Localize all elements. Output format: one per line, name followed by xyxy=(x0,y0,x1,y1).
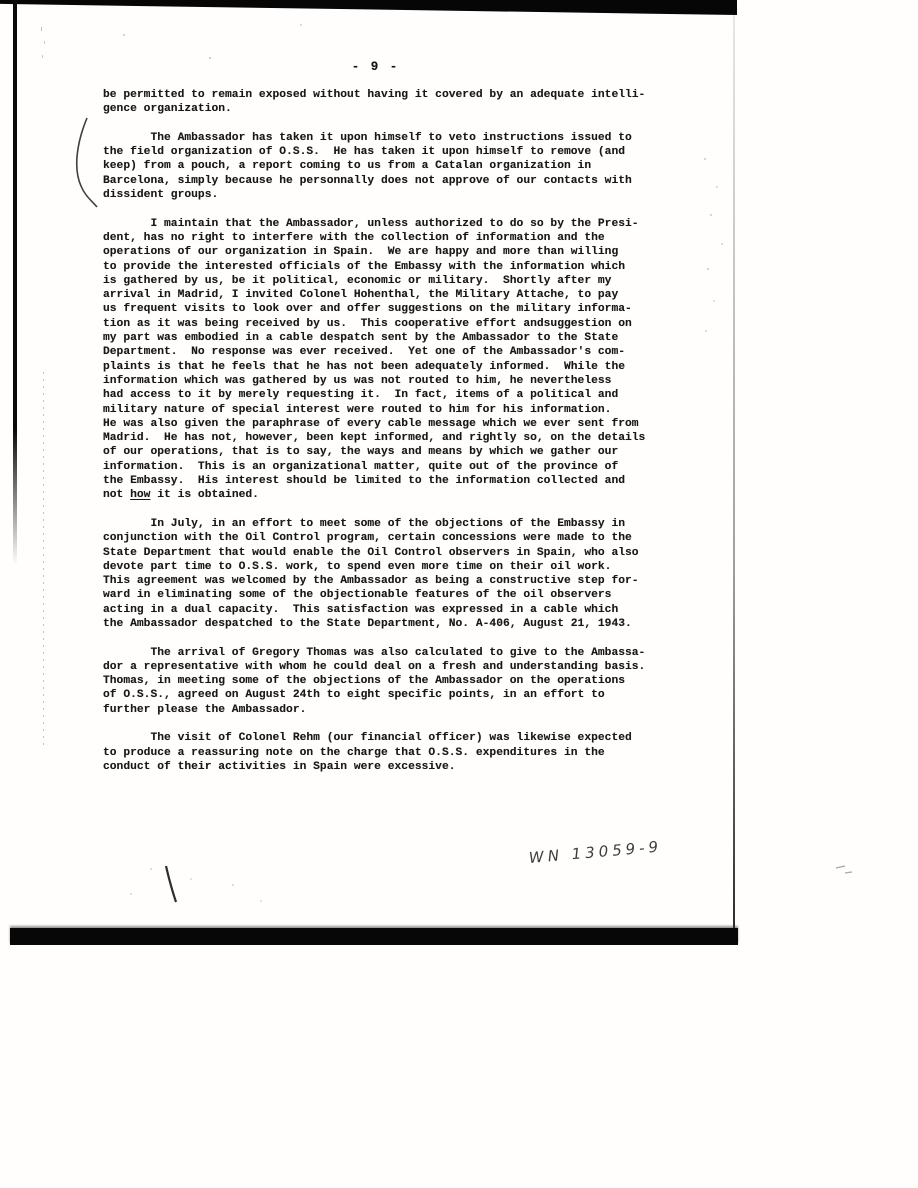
scan-edge-bottom xyxy=(10,928,738,945)
typed-line: the Embassy. His interest should be limi… xyxy=(103,474,675,488)
typed-line: further please the Ambassador. xyxy=(103,703,675,717)
typed-line: had access to it by merely requesting it… xyxy=(103,388,675,402)
typed-line: The visit of Colonel Rehm (our financial… xyxy=(103,731,675,745)
dust-speck xyxy=(713,300,715,302)
margin-tick-marks xyxy=(836,866,852,873)
dust-speck xyxy=(704,158,706,160)
dust-speck xyxy=(209,57,211,59)
typed-line: acting in a dual capacity. This satisfac… xyxy=(103,603,675,617)
typed-line: Madrid. He has not, however, been kept i… xyxy=(103,431,675,445)
dust-speck xyxy=(716,186,718,188)
typed-line: military nature of special interest were… xyxy=(103,403,675,417)
fold-crease-line xyxy=(43,372,44,750)
typed-line: In July, in an effort to meet some of th… xyxy=(103,517,675,531)
paragraph: I maintain that the Ambassador, unless a… xyxy=(103,217,675,503)
dust-speck xyxy=(42,55,43,58)
paragraph: The visit of Colonel Rehm (our financial… xyxy=(103,731,675,774)
scan-edge-left xyxy=(13,0,17,565)
typed-line: to provide the interested officials of t… xyxy=(103,260,675,274)
paragraph: In July, in an effort to meet some of th… xyxy=(103,517,675,631)
dust-speck xyxy=(300,24,302,26)
margin-arc-mark xyxy=(77,118,97,207)
dust-speck xyxy=(705,330,707,332)
typed-line: The Ambassador has taken it upon himself… xyxy=(103,131,675,145)
typed-line: dissident groups. xyxy=(103,188,675,202)
typed-line: plaints is that he feels that he has not… xyxy=(103,360,675,374)
typed-line: the field organization of O.S.S. He has … xyxy=(103,145,675,159)
dust-speck xyxy=(721,243,723,245)
typed-line: conduct of their activities in Spain wer… xyxy=(103,760,675,774)
dust-speck xyxy=(150,868,152,870)
dust-speck xyxy=(190,878,192,880)
underlined-word: how xyxy=(130,489,150,501)
dust-speck xyxy=(707,268,709,270)
typed-line: dent, has no right to interfere with the… xyxy=(103,231,675,245)
typed-line: conjunction with the Oil Control program… xyxy=(103,531,675,545)
typed-line: not how it is obtained. xyxy=(103,488,675,502)
typed-line: ward in eliminating some of the objectio… xyxy=(103,588,675,602)
typed-line: Department. No response was ever receive… xyxy=(103,345,675,359)
typed-line: arrival in Madrid, I invited Colonel Hoh… xyxy=(103,288,675,302)
dust-speck xyxy=(710,214,712,216)
scanned-document-page: - 9 - be permitted to remain exposed wit… xyxy=(0,0,918,1188)
typed-line: my part was embodied in a cable despatch… xyxy=(103,331,675,345)
typed-line: information. This is an organizational m… xyxy=(103,460,675,474)
typed-line: of O.S.S., agreed on August 24th to eigh… xyxy=(103,688,675,702)
dust-speck xyxy=(41,27,42,31)
typed-line: State Department that would enable the O… xyxy=(103,546,675,560)
typed-line: gence organization. xyxy=(103,102,675,116)
paragraph: The Ambassador has taken it upon himself… xyxy=(103,131,675,202)
dust-speck xyxy=(232,884,234,886)
typed-line: to produce a reassuring note on the char… xyxy=(103,746,675,760)
typed-line: This agreement was welcomed by the Ambas… xyxy=(103,574,675,588)
typed-line: The arrival of Gregory Thomas was also c… xyxy=(103,646,675,660)
dust-speck xyxy=(123,34,125,36)
document-body: be permitted to remain exposed without h… xyxy=(103,88,675,774)
typed-line: dor a representative with whom he could … xyxy=(103,660,675,674)
typed-line: of our operations, that is to say, the w… xyxy=(103,445,675,459)
paragraph: be permitted to remain exposed without h… xyxy=(103,88,675,117)
typed-line: be permitted to remain exposed without h… xyxy=(103,88,675,102)
scan-edge-right xyxy=(733,13,735,929)
pen-stroke-mark xyxy=(166,866,176,902)
dust-speck xyxy=(260,900,262,902)
typed-line: information which was gathered by us was… xyxy=(103,374,675,388)
typed-line: Barcelona, simply because he personnally… xyxy=(103,174,675,188)
typed-line: Thomas, in meeting some of the objection… xyxy=(103,674,675,688)
page-number: - 9 - xyxy=(103,60,648,74)
typed-line: He was also given the paraphrase of ever… xyxy=(103,417,675,431)
paragraph: The arrival of Gregory Thomas was also c… xyxy=(103,646,675,717)
typed-line: tion as it was being received by us. Thi… xyxy=(103,317,675,331)
scan-edge-top xyxy=(0,0,737,15)
typed-line: keep) from a pouch, a report coming to u… xyxy=(103,159,675,173)
typed-line: us frequent visits to look over and offe… xyxy=(103,302,675,316)
typed-line: is gathered by us, be it political, econ… xyxy=(103,274,675,288)
typed-line: the Ambassador despatched to the State D… xyxy=(103,617,675,631)
dust-speck xyxy=(44,41,45,44)
dust-speck xyxy=(130,893,132,895)
handwritten-reference-number: WN 13059-9 xyxy=(528,837,663,867)
typed-line: devote part time to O.S.S. work, to spen… xyxy=(103,560,675,574)
typed-line: I maintain that the Ambassador, unless a… xyxy=(103,217,675,231)
typed-line: operations of our organization in Spain.… xyxy=(103,245,675,259)
